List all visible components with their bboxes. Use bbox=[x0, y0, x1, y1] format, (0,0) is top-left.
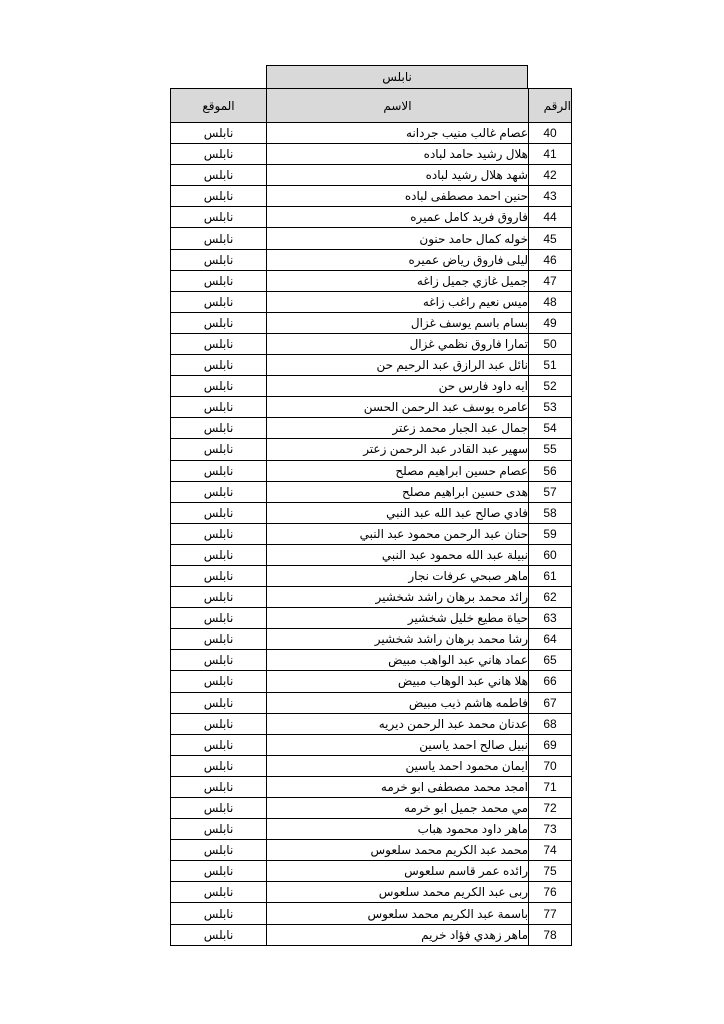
number-cell: 40 bbox=[529, 123, 572, 144]
number-cell: 44 bbox=[529, 207, 572, 228]
table-row: نابلسفادي صالح عبد الله عبد النبي58 bbox=[171, 502, 572, 523]
table-row: نابلسباسمة عبد الكريم محمد سلعوس77 bbox=[171, 903, 572, 924]
name-cell: رائد محمد برهان راشد شخشير bbox=[267, 587, 529, 608]
number-cell: 56 bbox=[529, 460, 572, 481]
table-row: نابلسسهير عبد القادر عبد الرحمن زعتر55 bbox=[171, 439, 572, 460]
table-row: نابلسهدى حسين ابراهيم مصلح57 bbox=[171, 481, 572, 502]
location-cell: نابلس bbox=[171, 523, 267, 544]
name-cell: ليلى فاروق رياض عميره bbox=[267, 249, 529, 270]
name-cell: ماهر صبحي عرفات نجار bbox=[267, 565, 529, 586]
name-cell: تمارا فاروق نظمي غزال bbox=[267, 333, 529, 354]
location-cell: نابلس bbox=[171, 819, 267, 840]
table-row: نابلسحنان عبد الرحمن محمود عبد النبي59 bbox=[171, 523, 572, 544]
name-cell: ايه داود فارس حن bbox=[267, 376, 529, 397]
number-cell: 43 bbox=[529, 186, 572, 207]
number-cell: 62 bbox=[529, 587, 572, 608]
table-row: نابلسعصام غالب منيب جردانه40 bbox=[171, 123, 572, 144]
table-row: نابلسعصام حسين ابراهيم مصلح56 bbox=[171, 460, 572, 481]
name-cell: فاطمه هاشم ذيب مبيض bbox=[267, 692, 529, 713]
name-cell: عصام غالب منيب جردانه bbox=[267, 123, 529, 144]
table-row: نابلسليلى فاروق رياض عميره46 bbox=[171, 249, 572, 270]
location-cell: نابلس bbox=[171, 186, 267, 207]
number-cell: 74 bbox=[529, 840, 572, 861]
number-cell: 77 bbox=[529, 903, 572, 924]
table-row: نابلسنبيل صالح احمد ياسين69 bbox=[171, 734, 572, 755]
table-row: نابلسجمال عبد الجبار محمد زعتر54 bbox=[171, 418, 572, 439]
header-location: الموقع bbox=[171, 89, 267, 123]
number-cell: 55 bbox=[529, 439, 572, 460]
name-cell: مي محمد جميل ابو خرمه bbox=[267, 798, 529, 819]
location-cell: نابلس bbox=[171, 671, 267, 692]
table-row: نابلسمي محمد جميل ابو خرمه72 bbox=[171, 798, 572, 819]
location-cell: نابلس bbox=[171, 776, 267, 797]
number-cell: 42 bbox=[529, 165, 572, 186]
number-cell: 71 bbox=[529, 776, 572, 797]
table-row: نابلسميس نعيم راغب زاغه48 bbox=[171, 291, 572, 312]
table-row: نابلستمارا فاروق نظمي غزال50 bbox=[171, 333, 572, 354]
number-cell: 64 bbox=[529, 629, 572, 650]
number-cell: 63 bbox=[529, 608, 572, 629]
document-page: نابلس الموقع الاسم الرقم نابلسعصام غالب … bbox=[0, 0, 724, 1024]
table-row: نابلسفاروق فريد كامل عميره44 bbox=[171, 207, 572, 228]
number-cell: 54 bbox=[529, 418, 572, 439]
name-cell: عماد هاني عبد الواهب مبيض bbox=[267, 650, 529, 671]
table-row: نابلسرائده عمر قاسم سلعوس75 bbox=[171, 861, 572, 882]
location-cell: نابلس bbox=[171, 840, 267, 861]
location-cell: نابلس bbox=[171, 650, 267, 671]
name-cell: ربى عبد الكريم محمد سلعوس bbox=[267, 882, 529, 903]
number-cell: 65 bbox=[529, 650, 572, 671]
location-cell: نابلس bbox=[171, 608, 267, 629]
table-row: نابلسرشا محمد برهان راشد شخشير64 bbox=[171, 629, 572, 650]
name-cell: ماهر داود محمود هباب bbox=[267, 819, 529, 840]
table-row: نابلسماهر داود محمود هباب73 bbox=[171, 819, 572, 840]
header-number: الرقم bbox=[529, 89, 572, 123]
location-cell: نابلس bbox=[171, 165, 267, 186]
number-cell: 48 bbox=[529, 291, 572, 312]
table-row: نابلسرائد محمد برهان راشد شخشير62 bbox=[171, 587, 572, 608]
number-cell: 75 bbox=[529, 861, 572, 882]
name-cell: رائده عمر قاسم سلعوس bbox=[267, 861, 529, 882]
location-cell: نابلس bbox=[171, 713, 267, 734]
header-row: الموقع الاسم الرقم bbox=[171, 89, 572, 123]
number-cell: 72 bbox=[529, 798, 572, 819]
location-cell: نابلس bbox=[171, 291, 267, 312]
table-row: نابلسحياة مطيع خليل شخشير63 bbox=[171, 608, 572, 629]
name-cell: حنان عبد الرحمن محمود عبد النبي bbox=[267, 523, 529, 544]
name-cell: نائل عبد الرازق عبد الرحيم حن bbox=[267, 355, 529, 376]
number-cell: 70 bbox=[529, 755, 572, 776]
number-cell: 78 bbox=[529, 924, 572, 945]
name-cell: خوله كمال حامد حنون bbox=[267, 228, 529, 249]
location-cell: نابلس bbox=[171, 312, 267, 333]
table-row: نابلسهلال رشيد حامد لباده41 bbox=[171, 144, 572, 165]
name-cell: عدنان محمد عبد الرحمن ديريه bbox=[267, 713, 529, 734]
number-cell: 41 bbox=[529, 144, 572, 165]
name-cell: سهير عبد القادر عبد الرحمن زعتر bbox=[267, 439, 529, 460]
location-cell: نابلس bbox=[171, 123, 267, 144]
table-row: نابلسعماد هاني عبد الواهب مبيض65 bbox=[171, 650, 572, 671]
name-cell: فادي صالح عبد الله عبد النبي bbox=[267, 502, 529, 523]
location-cell: نابلس bbox=[171, 355, 267, 376]
number-cell: 76 bbox=[529, 882, 572, 903]
number-cell: 73 bbox=[529, 819, 572, 840]
number-cell: 67 bbox=[529, 692, 572, 713]
location-cell: نابلس bbox=[171, 144, 267, 165]
table-row: نابلسهلا هاني عبد الوهاب مبيض66 bbox=[171, 671, 572, 692]
name-cell: رشا محمد برهان راشد شخشير bbox=[267, 629, 529, 650]
number-cell: 49 bbox=[529, 312, 572, 333]
name-cell: نبيلة عبد الله محمود عبد النبي bbox=[267, 544, 529, 565]
location-cell: نابلس bbox=[171, 882, 267, 903]
name-cell: هلا هاني عبد الوهاب مبيض bbox=[267, 671, 529, 692]
number-cell: 68 bbox=[529, 713, 572, 734]
table-row: نابلسمحمد عبد الكريم محمد سلعوس74 bbox=[171, 840, 572, 861]
location-cell: نابلس bbox=[171, 376, 267, 397]
location-cell: نابلس bbox=[171, 418, 267, 439]
table-body: نابلسعصام غالب منيب جردانه40نابلسهلال رش… bbox=[171, 123, 572, 946]
location-cell: نابلس bbox=[171, 544, 267, 565]
table-row: نابلسماهر زهدي فؤاد خريم78 bbox=[171, 924, 572, 945]
location-cell: نابلس bbox=[171, 439, 267, 460]
number-cell: 66 bbox=[529, 671, 572, 692]
number-cell: 45 bbox=[529, 228, 572, 249]
location-cell: نابلس bbox=[171, 397, 267, 418]
number-cell: 60 bbox=[529, 544, 572, 565]
name-cell: عصام حسين ابراهيم مصلح bbox=[267, 460, 529, 481]
location-cell: نابلس bbox=[171, 755, 267, 776]
name-cell: هدى حسين ابراهيم مصلح bbox=[267, 481, 529, 502]
table-row: نابلسحنين احمد مصطفى لباده43 bbox=[171, 186, 572, 207]
table-row: نابلسامجد محمد مصطفى ابو خرمه71 bbox=[171, 776, 572, 797]
number-cell: 59 bbox=[529, 523, 572, 544]
location-cell: نابلس bbox=[171, 228, 267, 249]
name-cell: باسمة عبد الكريم محمد سلعوس bbox=[267, 903, 529, 924]
number-cell: 46 bbox=[529, 249, 572, 270]
table-row: نابلسنائل عبد الرازق عبد الرحيم حن51 bbox=[171, 355, 572, 376]
number-cell: 57 bbox=[529, 481, 572, 502]
table-title: نابلس bbox=[266, 65, 528, 88]
name-cell: امجد محمد مصطفى ابو خرمه bbox=[267, 776, 529, 797]
name-cell: ميس نعيم راغب زاغه bbox=[267, 291, 529, 312]
number-cell: 58 bbox=[529, 502, 572, 523]
table-row: نابلسخوله كمال حامد حنون45 bbox=[171, 228, 572, 249]
location-cell: نابلس bbox=[171, 798, 267, 819]
number-cell: 52 bbox=[529, 376, 572, 397]
name-cell: محمد عبد الكريم محمد سلعوس bbox=[267, 840, 529, 861]
name-cell: جمال عبد الجبار محمد زعتر bbox=[267, 418, 529, 439]
location-cell: نابلس bbox=[171, 692, 267, 713]
header-name: الاسم bbox=[267, 89, 529, 123]
name-cell: شهد هلال رشيد لباده bbox=[267, 165, 529, 186]
table-row: نابلسربى عبد الكريم محمد سلعوس76 bbox=[171, 882, 572, 903]
name-cell: عامره يوسف عبد الرحمن الحسن bbox=[267, 397, 529, 418]
name-cell: جميل غازي جميل زاغه bbox=[267, 270, 529, 291]
table-row: نابلسعامره يوسف عبد الرحمن الحسن53 bbox=[171, 397, 572, 418]
location-cell: نابلس bbox=[171, 861, 267, 882]
table-row: نابلسايمان محمود احمد ياسين70 bbox=[171, 755, 572, 776]
location-cell: نابلس bbox=[171, 565, 267, 586]
location-cell: نابلس bbox=[171, 207, 267, 228]
location-cell: نابلس bbox=[171, 481, 267, 502]
table-row: نابلسعدنان محمد عبد الرحمن ديريه68 bbox=[171, 713, 572, 734]
number-cell: 47 bbox=[529, 270, 572, 291]
table-row: نابلسنبيلة عبد الله محمود عبد النبي60 bbox=[171, 544, 572, 565]
name-cell: فاروق فريد كامل عميره bbox=[267, 207, 529, 228]
name-cell: ماهر زهدي فؤاد خريم bbox=[267, 924, 529, 945]
number-cell: 50 bbox=[529, 333, 572, 354]
name-cell: حنين احمد مصطفى لباده bbox=[267, 186, 529, 207]
name-cell: بسام باسم يوسف غزال bbox=[267, 312, 529, 333]
table-row: نابلسماهر صبحي عرفات نجار61 bbox=[171, 565, 572, 586]
name-cell: هلال رشيد حامد لباده bbox=[267, 144, 529, 165]
number-cell: 53 bbox=[529, 397, 572, 418]
name-cell: نبيل صالح احمد ياسين bbox=[267, 734, 529, 755]
location-cell: نابلس bbox=[171, 924, 267, 945]
table-row: نابلسجميل غازي جميل زاغه47 bbox=[171, 270, 572, 291]
table-row: نابلسايه داود فارس حن52 bbox=[171, 376, 572, 397]
location-cell: نابلس bbox=[171, 629, 267, 650]
location-cell: نابلس bbox=[171, 333, 267, 354]
location-cell: نابلس bbox=[171, 270, 267, 291]
location-cell: نابلس bbox=[171, 587, 267, 608]
number-cell: 61 bbox=[529, 565, 572, 586]
name-cell: حياة مطيع خليل شخشير bbox=[267, 608, 529, 629]
location-cell: نابلس bbox=[171, 249, 267, 270]
location-cell: نابلس bbox=[171, 460, 267, 481]
location-cell: نابلس bbox=[171, 502, 267, 523]
names-table: الموقع الاسم الرقم نابلسعصام غالب منيب ج… bbox=[170, 88, 572, 946]
table-row: نابلسبسام باسم يوسف غزال49 bbox=[171, 312, 572, 333]
number-cell: 51 bbox=[529, 355, 572, 376]
table-row: نابلسفاطمه هاشم ذيب مبيض67 bbox=[171, 692, 572, 713]
number-cell: 69 bbox=[529, 734, 572, 755]
location-cell: نابلس bbox=[171, 903, 267, 924]
name-cell: ايمان محمود احمد ياسين bbox=[267, 755, 529, 776]
location-cell: نابلس bbox=[171, 734, 267, 755]
table-row: نابلسشهد هلال رشيد لباده42 bbox=[171, 165, 572, 186]
